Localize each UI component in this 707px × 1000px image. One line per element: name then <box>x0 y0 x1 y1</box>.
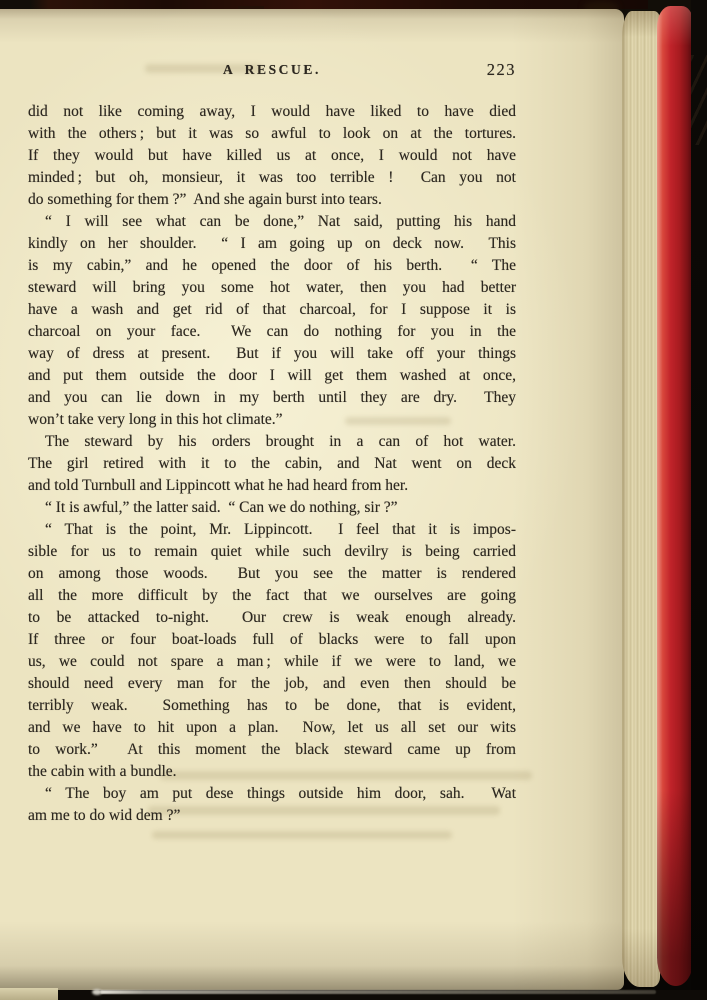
text-line: “ It is awful,” the latter said. “ Can w… <box>28 497 516 519</box>
text-line: The steward by his orders brought in a c… <box>28 431 516 453</box>
text-line: and put them outside the door I will get… <box>28 365 516 387</box>
text-line: to be attacked to-night. Our crew is wea… <box>28 607 516 629</box>
text-line: do something for them ?” And she again b… <box>28 189 516 211</box>
page-bottom-corner <box>0 988 58 1000</box>
running-title: A RESCUE. <box>28 62 516 78</box>
book-photo-scene: A RESCUE. 223 did not like coming away, … <box>0 0 707 1000</box>
text-line: with the others ; but it was so awful to… <box>28 123 516 145</box>
text-line: way of dress at present. But if you will… <box>28 343 516 365</box>
text-line: on among those woods. But you see the ma… <box>28 563 516 585</box>
book-page: A RESCUE. 223 did not like coming away, … <box>0 9 624 990</box>
text-line: charcoal on your face. We can do nothing… <box>28 321 516 343</box>
text-line: am me to do wid dem ?” <box>28 805 516 827</box>
text-line: to work.” At this moment the black stewa… <box>28 739 516 761</box>
backdrop <box>691 0 707 1000</box>
text-line: The girl retired with it to the cabin, a… <box>28 453 516 475</box>
text-line: sible for us to remain quiet while such … <box>28 541 516 563</box>
text-line: all the more difficult by the fact that … <box>28 585 516 607</box>
text-line: terribly weak. Something has to be done,… <box>28 695 516 717</box>
surface-edge-highlight <box>92 989 102 995</box>
book-top-edge-shadow <box>30 0 648 9</box>
text-line: If three or four boat-loads full of blac… <box>28 629 516 651</box>
text-line: and we have to hit upon a plan. Now, let… <box>28 717 516 739</box>
page-text: did not like coming away, I would have l… <box>28 101 516 827</box>
text-line: us, we could not spare a man ; while if … <box>28 651 516 673</box>
text-line: “ I will see what can be done,” Nat said… <box>28 211 516 233</box>
text-line: and you can lie down in my berth until t… <box>28 387 516 409</box>
surface-edge-line <box>100 990 656 994</box>
text-line: minded ; but oh, monsieur, it was too te… <box>28 167 516 189</box>
text-line: If they would but have killed us at once… <box>28 145 516 167</box>
page-header: A RESCUE. 223 <box>28 62 516 82</box>
text-line: won’t take very long in this hot climate… <box>28 409 516 431</box>
text-line: “ That is the point, Mr. Lippincott. I f… <box>28 519 516 541</box>
text-line: is my cabin,” and he opened the door of … <box>28 255 516 277</box>
text-line: kindly on her shoulder. “ I am going up … <box>28 233 516 255</box>
text-line: should need every man for the job, and e… <box>28 673 516 695</box>
bleed-through-smudge <box>152 831 452 839</box>
page-number: 223 <box>487 60 516 80</box>
text-line: “ The boy am put dese things outside him… <box>28 783 516 805</box>
text-line: the cabin with a bundle. <box>28 761 516 783</box>
text-line: and told Turnbull and Lippincott what he… <box>28 475 516 497</box>
text-line: did not like coming away, I would have l… <box>28 101 516 123</box>
book-cover-spine <box>657 6 693 986</box>
text-line: have a wash and get rid of that charcoal… <box>28 299 516 321</box>
text-line: steward will bring you some hot water, t… <box>28 277 516 299</box>
page-fore-edge <box>622 11 660 987</box>
